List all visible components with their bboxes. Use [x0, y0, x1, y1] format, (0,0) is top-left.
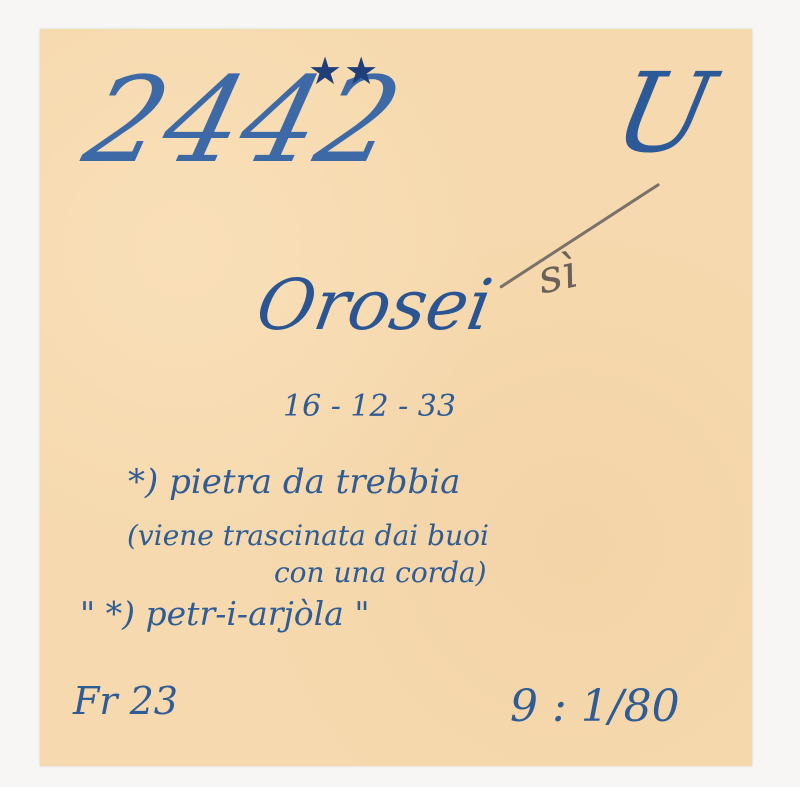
date: 16 - 12 - 33 — [283, 389, 456, 424]
pencil-annotation: sì — [533, 244, 582, 305]
archive-card: 2442 ★★ U Orosei sì 16 - 12 - 33 *) piet… — [40, 29, 752, 766]
reference-code: Fr 23 — [73, 679, 178, 723]
corner-letter: U — [604, 49, 724, 177]
place-name: Orosei — [251, 264, 498, 346]
note-line: (viene trascinata dai buoi — [127, 519, 489, 552]
note-line: *) pietra da trebbia — [128, 462, 460, 502]
fraction-code: 9 : 1/80 — [510, 681, 680, 732]
pencil-check-stroke — [499, 183, 660, 289]
dialect-term: " *) petr-i-arjòla " — [80, 594, 370, 633]
star-marks-icon: ★★ — [308, 49, 380, 93]
note-line: con una corda) — [274, 556, 487, 589]
